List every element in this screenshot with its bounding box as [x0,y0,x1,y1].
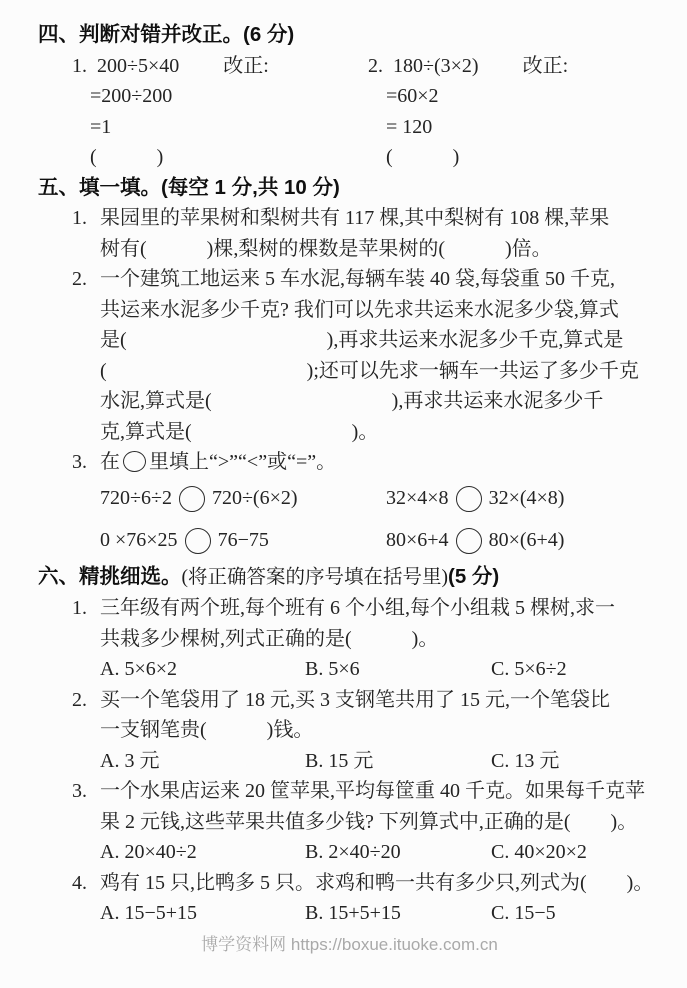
section-6-title: 六、精挑细选。 [38,565,182,588]
option-b: B. 15 元 [305,746,491,777]
fill-item-1: 1. 果园里的苹果树和梨树共有 117 棵,其中梨树有 108 棵,苹果 树有(… [38,203,661,264]
right-expression: 32×(4×8) [489,483,565,514]
options-row: A. 20×40÷2 B. 2×40÷20 C. 40×20×2 [100,837,661,868]
option-a: A. 20×40÷2 [100,837,305,868]
section-6-header: 六、精挑细选。(将正确答案的序号填在括号里)(5 分) [38,562,661,594]
section-4-title: 四、判断对错并改正。 [38,23,243,46]
judge-problems-grid: 1. 200÷5×40 改正: =200÷200 =1 ( ) 2. 180÷(… [72,51,661,173]
mc-question-4: 4. 鸡有 15 只,比鸭多 5 只。求鸡和鸭一共有多少只,列式为( )。 [38,868,661,899]
section-4-score: (6 分) [243,23,294,46]
question-line: 三年级有两个班,每个班有 6 个小组,每个小组栽 5 棵树,求一 [100,593,661,624]
comparison-grid: 720÷6÷2 720÷(6×2) 32×4×8 32×(4×8) [100,478,661,562]
item-line: 在里填上“>”“<”或“=”。 [100,447,661,478]
section-4-header: 四、判断对错并改正。(6 分) [38,20,661,51]
item-line: 是( ),再求共运来水泥多少千克,算式是 [100,325,661,356]
problem-expression: 200÷5×40 [97,51,179,82]
comparison-pair: 80×6+4 80×(6+4) [386,525,661,556]
options-row: A. 15−5+15 B. 15+5+15 C. 15−5 [100,898,661,929]
item-number: 3. [72,447,100,562]
question-line: 一支钢笔贵( )钱。 [100,715,661,746]
solution-step: =60×2 [386,81,661,112]
prompt-text: 里填上“>”“<”或“=”。 [149,451,336,473]
problem-expression: 180÷(3×2) [393,51,479,82]
comparison-pair: 720÷6÷2 720÷(6×2) [100,483,386,514]
blank-circle-icon [456,486,482,512]
item-text: 一个建筑工地运来 5 车水泥,每辆车装 40 袋,每袋重 50 千克, 共运来水… [100,264,661,447]
problem-head: 1. 200÷5×40 改正: [72,51,368,82]
judgment-blank: ( ) [90,142,368,173]
item-line: 克,算式是( )。 [100,417,661,448]
option-a: A. 15−5+15 [100,898,305,929]
question-number: 2. [72,685,100,746]
judge-problem-1: 1. 200÷5×40 改正: =200÷200 =1 ( ) [72,51,368,173]
option-b: B. 5×6 [305,654,491,685]
option-c: C. 5×6÷2 [491,654,661,685]
section-6-subtitle: (将正确答案的序号填在括号里) [182,567,449,588]
item-line: 共运来水泥多少千克? 我们可以先求共运来水泥多少袋,算式 [100,295,661,326]
solution-step: =200÷200 [90,81,368,112]
option-a: A. 3 元 [100,746,305,777]
option-b: B. 15+5+15 [305,898,491,929]
blank-circle-icon [179,486,205,512]
options-row: A. 3 元 B. 15 元 C. 13 元 [100,746,661,777]
correction-label: 改正: [223,51,269,82]
mc-question-2: 2. 买一个笔袋用了 18 元,买 3 支钢笔共用了 15 元,一个笔袋比 一支… [38,685,661,746]
question-text: 一个水果店运来 20 筐苹果,平均每筐重 40 千克。如果每千克苹 果 2 元钱… [100,776,661,837]
item-line: 水泥,算式是( ),再求共运来水泥多少千 [100,386,661,417]
item-number: 1. [72,203,100,264]
question-text: 鸡有 15 只,比鸭多 5 只。求鸡和鸭一共有多少只,列式为( )。 [100,868,661,899]
mc-question-3: 3. 一个水果店运来 20 筐苹果,平均每筐重 40 千克。如果每千克苹 果 2… [38,776,661,837]
options-row: A. 5×6×2 B. 5×6 C. 5×6÷2 [100,654,661,685]
item-line: 一个建筑工地运来 5 车水泥,每辆车装 40 袋,每袋重 50 千克, [100,264,661,295]
left-expression: 720÷6÷2 [100,483,172,514]
solution-step: =1 [90,112,368,143]
option-c: C. 13 元 [491,746,661,777]
question-line: 一个水果店运来 20 筐苹果,平均每筐重 40 千克。如果每千克苹 [100,776,661,807]
watermark-footer: 博学资料网 https://boxue.ituoke.com.cn [38,931,661,959]
comparison-row: 0 ×76×25 76−75 80×6+4 80×(6+4) [100,520,661,562]
problem-number: 2. [368,51,383,82]
item-text: 果园里的苹果树和梨树共有 117 棵,其中梨树有 108 棵,苹果 树有( )棵… [100,203,661,264]
option-a: A. 5×6×2 [100,654,305,685]
worksheet-page: 四、判断对错并改正。(6 分) 1. 200÷5×40 改正: =200÷200… [0,0,687,988]
section-5-header: 五、填一填。(每空 1 分,共 10 分) [38,173,661,204]
option-c: C. 40×20×2 [491,837,661,868]
item-line: ( );还可以先求一辆车一共运了多少千克 [100,356,661,387]
right-expression: 80×(6+4) [489,525,565,556]
correction-label: 改正: [523,51,569,82]
section-5-score: (每空 1 分,共 10 分) [161,176,340,199]
problem-head: 2. 180÷(3×2) 改正: [368,51,661,82]
right-expression: 76−75 [218,525,269,556]
prompt-text: 在 [100,451,120,473]
item-line: 树有( )棵,梨树的棵数是苹果树的( )倍。 [100,234,661,265]
section-judge-correct: 四、判断对错并改正。(6 分) 1. 200÷5×40 改正: =200÷200… [38,20,661,173]
comparison-pair: 32×4×8 32×(4×8) [386,483,661,514]
question-line: 共栽多少棵树,列式正确的是( )。 [100,624,661,655]
option-c: C. 15−5 [491,898,661,929]
question-line: 买一个笔袋用了 18 元,买 3 支钢笔共用了 15 元,一个笔袋比 [100,685,661,716]
question-number: 4. [72,868,100,899]
right-expression: 720÷(6×2) [212,483,298,514]
blank-circle-icon [185,528,211,554]
option-b: B. 2×40÷20 [305,837,491,868]
left-expression: 0 ×76×25 [100,525,178,556]
section-fill-blanks: 五、填一填。(每空 1 分,共 10 分) 1. 果园里的苹果树和梨树共有 11… [38,173,661,562]
problem-number: 1. [72,51,87,82]
mc-question-1: 1. 三年级有两个班,每个班有 6 个小组,每个小组栽 5 棵树,求一 共栽多少… [38,593,661,654]
left-expression: 32×4×8 [386,483,449,514]
question-line: 果 2 元钱,这些苹果共值多少钱? 下列算式中,正确的是( )。 [100,807,661,838]
comparison-pair: 0 ×76×25 76−75 [100,525,386,556]
section-6-score: (5 分) [448,565,499,588]
question-number: 1. [72,593,100,654]
solution-step: = 120 [386,112,661,143]
section-5-title: 五、填一填。 [38,176,161,199]
item-text: 在里填上“>”“<”或“=”。 720÷6÷2 720÷(6×2) 32×4×8 [100,447,661,562]
item-number: 2. [72,264,100,447]
blank-circle-icon [123,451,146,472]
fill-item-3: 3. 在里填上“>”“<”或“=”。 720÷6÷2 720÷(6×2) [38,447,661,562]
item-line: 果园里的苹果树和梨树共有 117 棵,其中梨树有 108 棵,苹果 [100,203,661,234]
judge-problem-2: 2. 180÷(3×2) 改正: =60×2 = 120 ( ) [368,51,661,173]
worksheet-content: 四、判断对错并改正。(6 分) 1. 200÷5×40 改正: =200÷200… [0,0,687,959]
question-line: 鸡有 15 只,比鸭多 5 只。求鸡和鸭一共有多少只,列式为( )。 [100,868,661,899]
comparison-row: 720÷6÷2 720÷(6×2) 32×4×8 32×(4×8) [100,478,661,520]
question-number: 3. [72,776,100,837]
blank-circle-icon [456,528,482,554]
question-text: 三年级有两个班,每个班有 6 个小组,每个小组栽 5 棵树,求一 共栽多少棵树,… [100,593,661,654]
left-expression: 80×6+4 [386,525,449,556]
fill-item-2: 2. 一个建筑工地运来 5 车水泥,每辆车装 40 袋,每袋重 50 千克, 共… [38,264,661,447]
question-text: 买一个笔袋用了 18 元,买 3 支钢笔共用了 15 元,一个笔袋比 一支钢笔贵… [100,685,661,746]
section-multiple-choice: 六、精挑细选。(将正确答案的序号填在括号里)(5 分) 1. 三年级有两个班,每… [38,562,661,929]
judgment-blank: ( ) [386,142,661,173]
